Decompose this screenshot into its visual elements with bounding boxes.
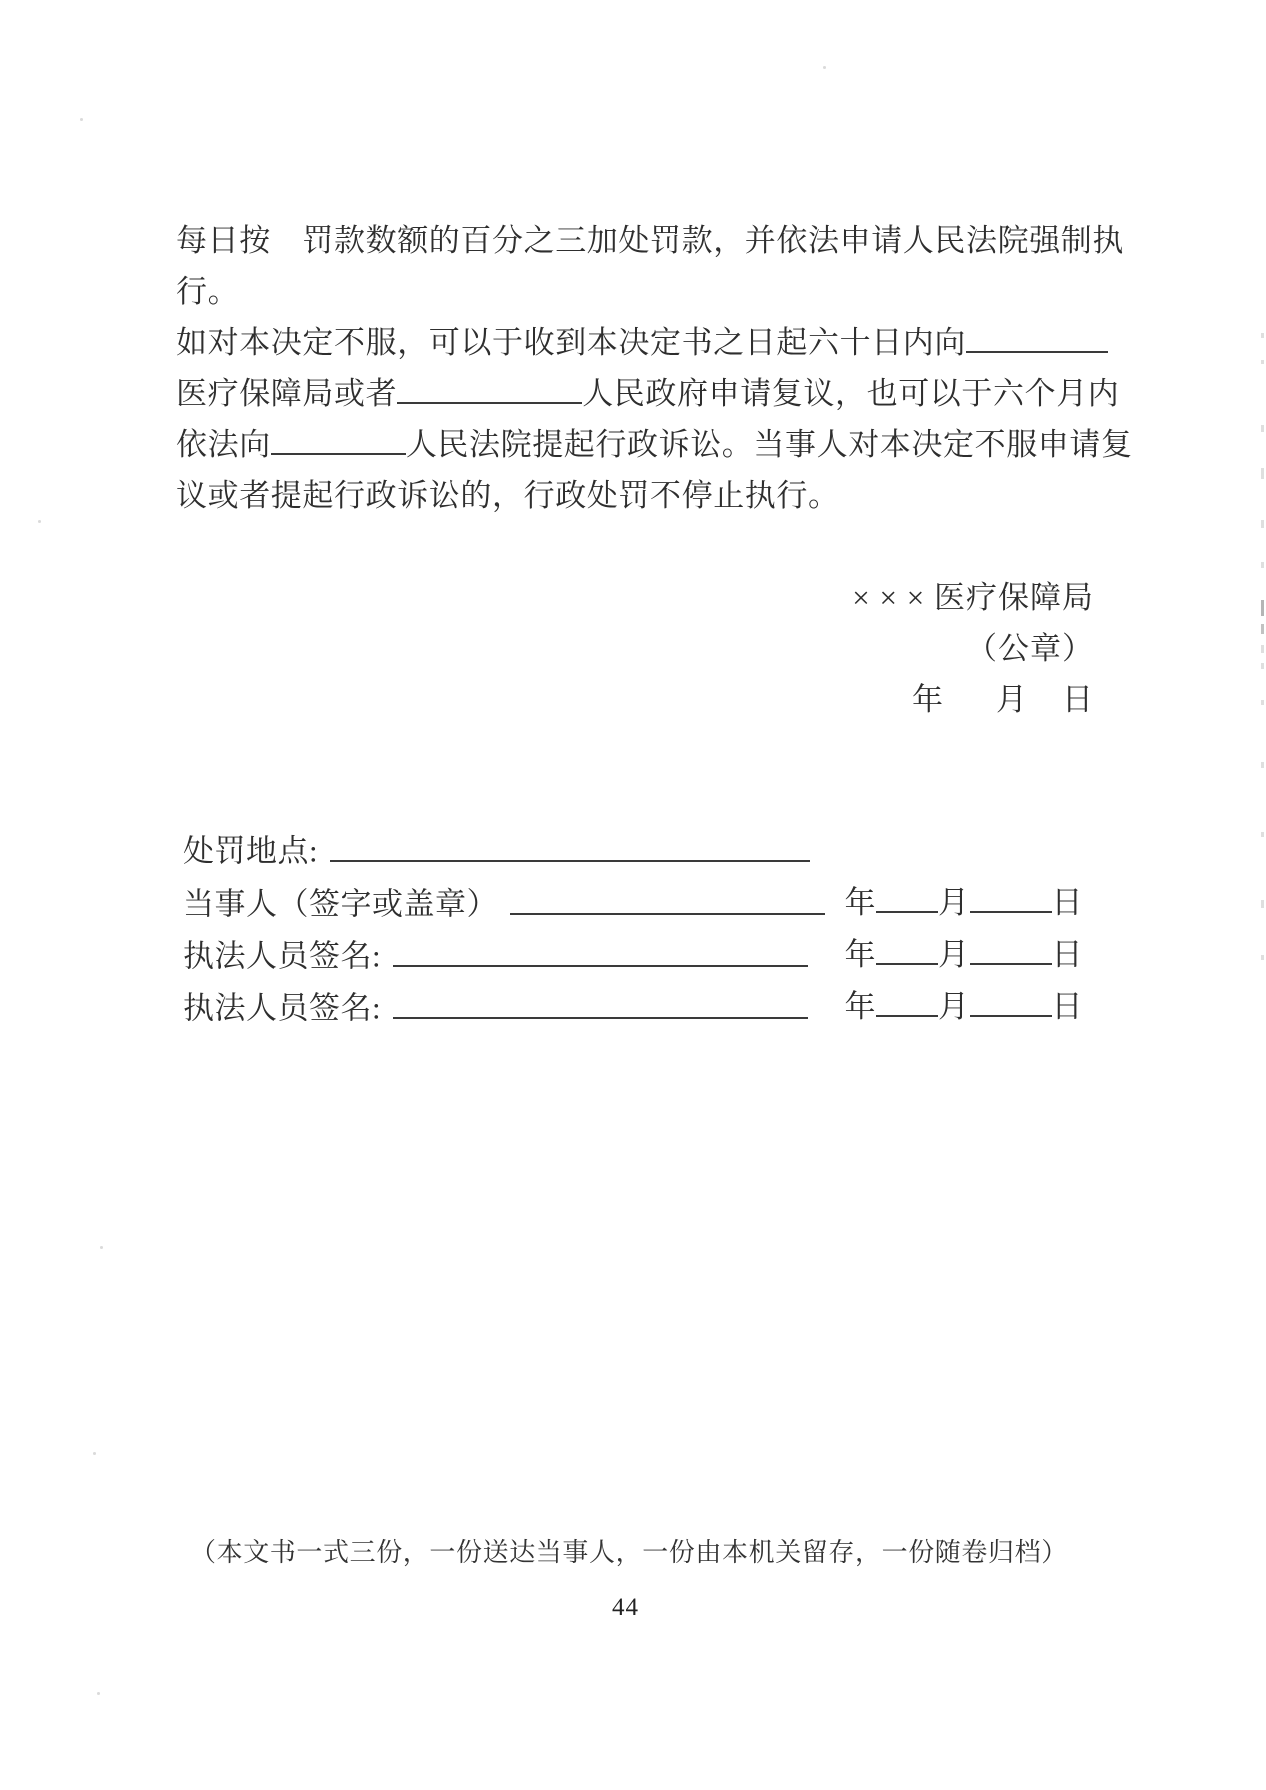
scan-speck [80, 118, 83, 121]
scan-artifact [1261, 425, 1264, 432]
day-label: 日 [1052, 885, 1084, 920]
scan-artifact [1261, 762, 1264, 768]
scan-artifact [1261, 600, 1264, 616]
line-1-text: 每日按 罚款数额的百分之三加处罚款，并依法申请人民法院强制执 [176, 223, 1124, 258]
year-blank-line [876, 986, 938, 1017]
signature-year-label: 年 [912, 682, 944, 717]
footer-note: （本文书一式三份，一份送达当事人，一份由本机关留存，一份随卷归档） [190, 1532, 1068, 1569]
line-3-text: 如对本决定不服，可以于收到本决定书之日起六十日内向 [176, 325, 966, 360]
blank-government-line [397, 370, 582, 404]
field-row-party: 当事人（签字或盖章） 年月日 [183, 881, 1083, 925]
signature-date-line: 年月日 [852, 674, 1094, 725]
officer-label: 执法人员签名: [183, 991, 381, 1026]
year-label: 年 [845, 885, 877, 920]
year-label: 年 [845, 989, 877, 1024]
party-date-group: 年月日 [845, 881, 1084, 925]
scan-artifact [1261, 468, 1264, 479]
officer-signature-blank-line [393, 985, 808, 1019]
line-2-text: 行。 [176, 274, 239, 309]
document-page: 每日按 罚款数额的百分之三加处罚款，并依法申请人民法院强制执 行。 如对本决定不… [0, 0, 1266, 1790]
scan-artifact [1261, 955, 1264, 960]
party-signature-blank-line [510, 881, 825, 915]
paragraph-line-6: 议或者提起行政诉讼的，行政处罚不停止执行。 [176, 470, 1112, 521]
officer-label: 执法人员签名: [183, 939, 381, 974]
scan-artifact [1261, 900, 1264, 908]
scan-speck [97, 1692, 100, 1695]
signature-month-label: 月 [996, 682, 1028, 717]
scan-speck [93, 1452, 96, 1455]
scan-artifact [1261, 624, 1264, 634]
day-label: 日 [1052, 989, 1084, 1024]
party-label: 当事人（签字或盖章） [183, 887, 498, 922]
location-blank-line [330, 828, 810, 862]
line-5-text-pre: 依法向 [176, 427, 271, 462]
line-6-text: 议或者提起行政诉讼的，行政处罚不停止执行。 [176, 478, 840, 513]
paragraph-line-1: 每日按 罚款数额的百分之三加处罚款，并依法申请人民法院强制执 [176, 215, 1112, 266]
field-row-officer-1: 执法人员签名: 年月日 [183, 933, 1083, 977]
scan-artifact [1261, 645, 1264, 653]
seal-note: （公章） [852, 623, 1094, 674]
field-row-officer-2: 执法人员签名: 年月日 [183, 985, 1083, 1029]
agency-name: × × × 医疗保障局 [852, 572, 1094, 623]
month-blank-line [970, 986, 1052, 1017]
scan-artifact [1261, 700, 1264, 705]
paragraph-line-3: 如对本决定不服，可以于收到本决定书之日起六十日内向 [176, 317, 1112, 368]
year-label: 年 [845, 937, 877, 972]
line-4-text-post: 人民政府申请复议，也可以于六个月内 [582, 376, 1119, 411]
line-5-text-post: 人民法院提起行政诉讼。当事人对本决定不服申请复 [406, 427, 1133, 462]
signature-block: × × × 医疗保障局 （公章） 年月日 [852, 572, 1094, 725]
line-4-text-pre: 医疗保障局或者 [176, 376, 397, 411]
scan-artifact [1261, 832, 1264, 837]
paragraph-line-4: 医疗保障局或者人民政府申请复议，也可以于六个月内 [176, 368, 1112, 419]
blank-review-authority-line [966, 319, 1108, 353]
month-blank-line [970, 934, 1052, 965]
scan-artifact [1261, 663, 1264, 669]
scan-speck [100, 1246, 103, 1249]
location-label: 处罚地点: [183, 834, 318, 869]
scan-artifact [1261, 360, 1264, 364]
scan-speck [38, 520, 41, 523]
scan-artifact [1261, 562, 1264, 568]
scan-artifact [1261, 520, 1264, 528]
scan-artifact [1261, 333, 1264, 338]
signature-day-label: 日 [1062, 682, 1094, 717]
field-row-location: 处罚地点: [183, 828, 1083, 872]
year-blank-line [876, 882, 938, 913]
officer-signature-blank-line [393, 933, 808, 967]
officer-1-date-group: 年月日 [845, 933, 1084, 977]
month-label: 月 [938, 989, 970, 1024]
month-label: 月 [938, 885, 970, 920]
month-blank-line [970, 882, 1052, 913]
scan-speck [823, 66, 826, 69]
body-paragraph: 每日按 罚款数额的百分之三加处罚款，并依法申请人民法院强制执 行。 如对本决定不… [176, 215, 1112, 521]
month-label: 月 [938, 937, 970, 972]
day-label: 日 [1052, 937, 1084, 972]
year-blank-line [876, 934, 938, 965]
paragraph-line-2: 行。 [176, 266, 1112, 317]
blank-court-line [271, 421, 406, 455]
page-number: 44 [612, 1594, 639, 1622]
officer-2-date-group: 年月日 [845, 985, 1084, 1029]
paragraph-line-5: 依法向人民法院提起行政诉讼。当事人对本决定不服申请复 [176, 419, 1112, 470]
